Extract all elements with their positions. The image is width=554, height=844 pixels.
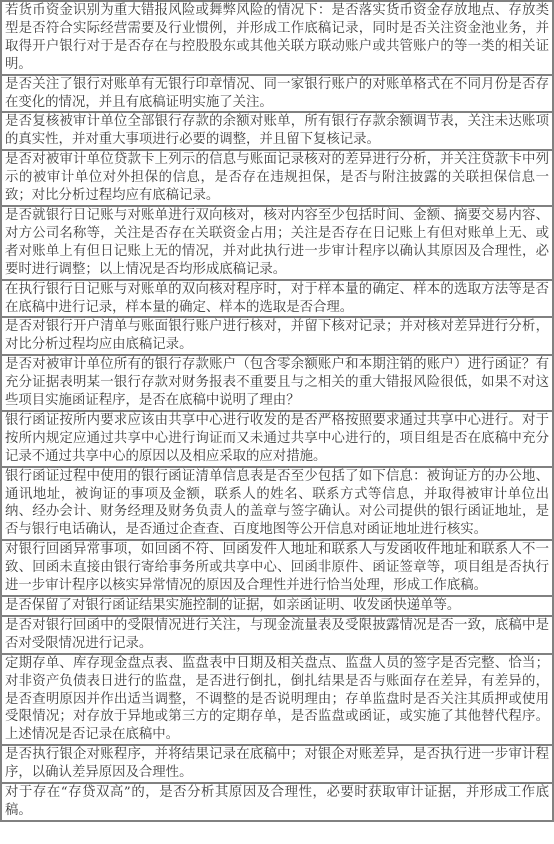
checklist-item-text: 在执行银行日记账与对账单的双向核对程序时，对于样本量的确定、样本的选取方法等是否… [1, 280, 553, 318]
checklist-item-text: 若货币资金识别为重大错报风险或舞弊风险的情况下：是否落实货币资金存放地点、存放类… [1, 1, 553, 75]
checklist-item-text: 是否就银行日记账与对账单进行双向核对，核对内容至少包括时间、金额、摘要交易内容、… [1, 206, 553, 280]
table-row: 银行函证过程中使用的银行函证清单信息表是否至少包括了如下信息：被询证方的办公地、… [1, 467, 553, 541]
checklist-item-text: 是否关注了银行对账单有无银行印章情况、同一家银行账户的对账单格式在不同月份是否存… [1, 75, 553, 113]
checklist-item-text: 是否对银行开户清单与账面银行账户进行核对，并留下核对记录；并对核对差异进行分析，… [1, 317, 553, 355]
table-row: 是否对被审计单位贷款卡上列示的信息与账面记录核对的差异进行分析，并关注贷款卡中列… [1, 150, 553, 206]
checklist-item-text: 定期存单、库存现金盘点表、监盘表中日期及相关盘点、监盘人员的签字是否完整、恰当；… [1, 654, 553, 746]
table-row: 银行函证按所内要求应该由共享中心进行收发的是否严格按照要求通过共享中心进行。对于… [1, 411, 553, 467]
checklist-item-text: 对于存在“存贷双高”的，是否分析其原因及合理性，必要时获取审计证据，并形成工作底… [1, 783, 553, 821]
table-row: 是否复核被审计单位全部银行存款的余额对账单，所有银行存款余额调节表，关注未达账项… [1, 112, 553, 150]
table-row: 是否保留了对银行函证结果实施控制的证据，如亲函证明、收发函快递单等。 [1, 596, 553, 616]
checklist-item-text: 对银行回函异常事项，如回函不符、回函发件人地址和联系人与发函收件地址和联系人不一… [1, 540, 553, 596]
table-row: 是否关注了银行对账单有无银行印章情况、同一家银行账户的对账单格式在不同月份是否存… [1, 75, 553, 113]
table-row: 是否对银行开户清单与账面银行账户进行核对，并留下核对记录；并对核对差异进行分析，… [1, 317, 553, 355]
table-row: 是否对银行回函中的受限情况进行关注，与现金流量表及受限披露情况是否一致，底稿中是… [1, 616, 553, 654]
checklist-item-text: 是否对被审计单位所有的银行存款账户（包含零余额账户和本期注销的账户）进行函证？有… [1, 355, 553, 411]
checklist-item-text: 银行函证过程中使用的银行函证清单信息表是否至少包括了如下信息：被询证方的办公地、… [1, 467, 553, 541]
checklist-item-text: 银行函证按所内要求应该由共享中心进行收发的是否严格按照要求通过共享中心进行。对于… [1, 411, 553, 467]
table-row: 若货币资金识别为重大错报风险或舞弊风险的情况下：是否落实货币资金存放地点、存放类… [1, 1, 553, 75]
table-row: 对于存在“存贷双高”的，是否分析其原因及合理性，必要时获取审计证据，并形成工作底… [1, 783, 553, 821]
document-page: 若货币资金识别为重大错报风险或舞弊风险的情况下：是否落实货币资金存放地点、存放类… [0, 0, 554, 844]
table-row: 是否对被审计单位所有的银行存款账户（包含零余额账户和本期注销的账户）进行函证？有… [1, 355, 553, 411]
table-row: 是否执行银企对账程序，并将结果记录在底稿中；对银企对账差异，是否执行进一步审计程… [1, 745, 553, 783]
table-row: 定期存单、库存现金盘点表、监盘表中日期及相关盘点、监盘人员的签字是否完整、恰当；… [1, 654, 553, 746]
checklist-item-text: 是否对被审计单位贷款卡上列示的信息与账面记录核对的差异进行分析，并关注贷款卡中列… [1, 150, 553, 206]
checklist-item-text: 是否执行银企对账程序，并将结果记录在底稿中；对银企对账差异，是否执行进一步审计程… [1, 745, 553, 783]
audit-checklist-table: 若货币资金识别为重大错报风险或舞弊风险的情况下：是否落实货币资金存放地点、存放类… [0, 0, 554, 822]
checklist-item-text: 是否复核被审计单位全部银行存款的余额对账单，所有银行存款余额调节表，关注未达账项… [1, 112, 553, 150]
checklist-item-text: 是否保留了对银行函证结果实施控制的证据，如亲函证明、收发函快递单等。 [1, 596, 553, 616]
table-row: 对银行回函异常事项，如回函不符、回函发件人地址和联系人与发函收件地址和联系人不一… [1, 540, 553, 596]
table-row: 是否就银行日记账与对账单进行双向核对，核对内容至少包括时间、金额、摘要交易内容、… [1, 206, 553, 280]
checklist-item-text: 是否对银行回函中的受限情况进行关注，与现金流量表及受限披露情况是否一致，底稿中是… [1, 616, 553, 654]
table-row: 在执行银行日记账与对账单的双向核对程序时，对于样本量的确定、样本的选取方法等是否… [1, 280, 553, 318]
